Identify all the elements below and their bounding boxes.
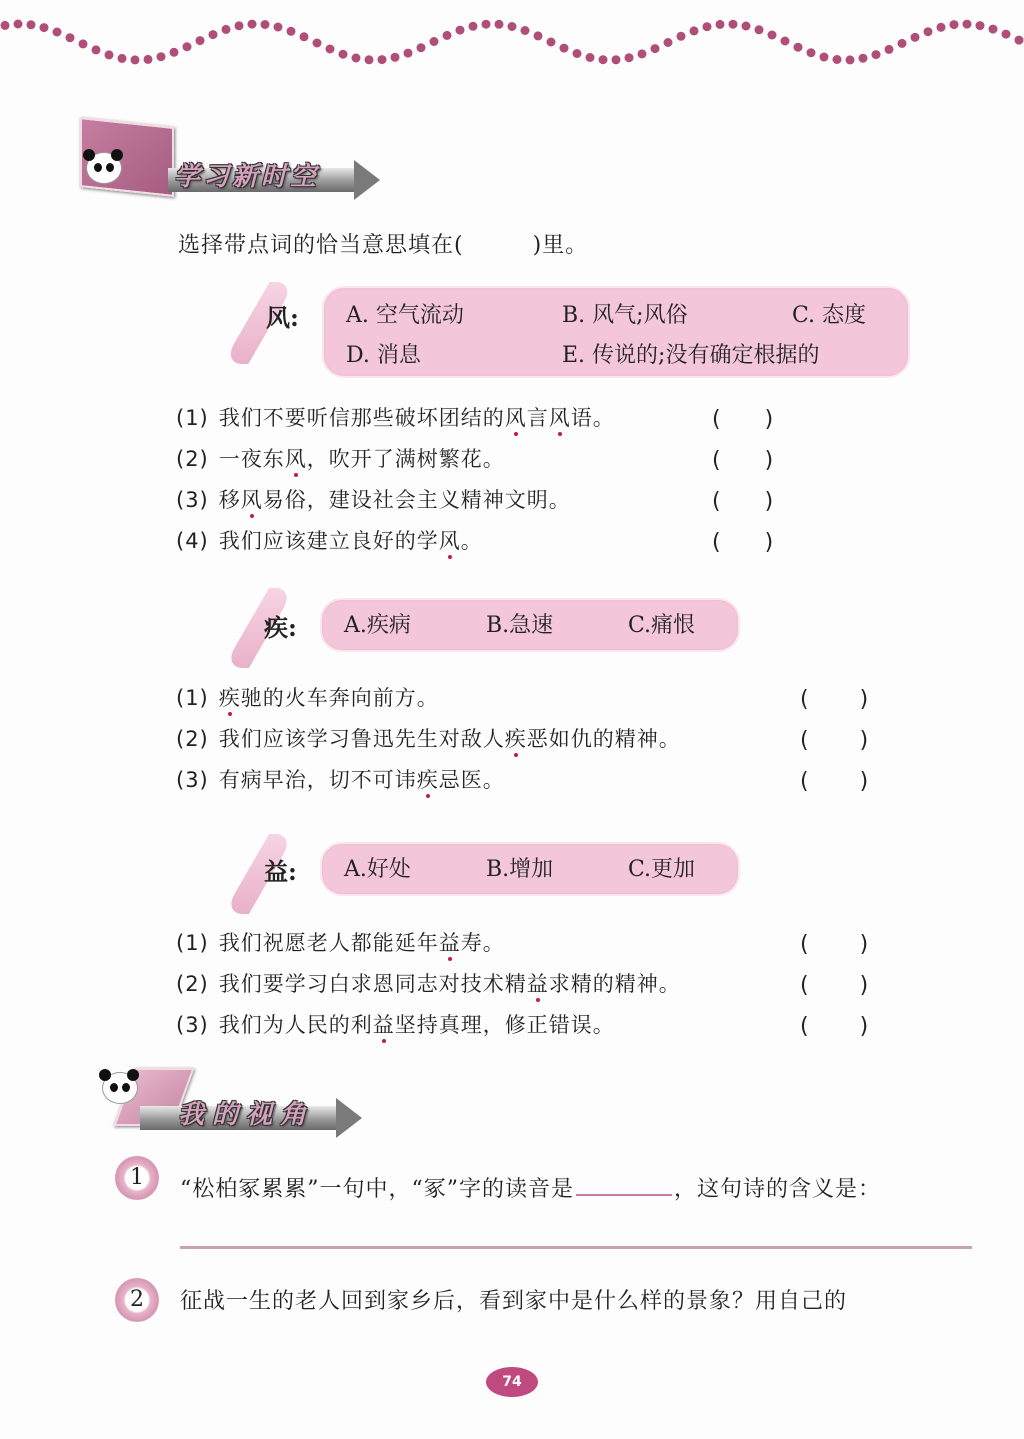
arrow-icon: [354, 160, 380, 200]
answer-parentheses[interactable]: ( ): [800, 1009, 868, 1040]
option-b: B.急速: [486, 608, 553, 639]
option-c: C.痛恨: [628, 608, 695, 639]
section-title-learning: 学习新时空: [174, 156, 319, 193]
answer-parentheses[interactable]: ( ): [800, 723, 868, 754]
option-group-yi: 益: A.好处 B.增加 C.更加: [226, 834, 746, 924]
option-a: A. 空气流动: [346, 298, 464, 329]
wave-dots-border: [0, 0, 1024, 80]
question-row: (1)疾驰的火车奔向前方。: [176, 682, 439, 712]
option-c: C. 态度: [792, 298, 866, 329]
answer-parentheses[interactable]: ( ): [712, 484, 773, 515]
answer-parentheses[interactable]: ( ): [800, 968, 868, 999]
option-a: A.好处: [344, 852, 411, 883]
option-e: E. 传说的;没有确定根据的: [562, 338, 819, 369]
panda-icon: [102, 1072, 138, 1104]
question-row: (4)我们应该建立良好的学风。: [176, 525, 483, 555]
question-row: (2)我们要学习白求恩同志对技术精益求精的精神。: [176, 968, 681, 998]
instruction-text: 选择带点词的恰当意思填在( )里。: [178, 228, 588, 259]
answer-parentheses[interactable]: ( ): [800, 764, 868, 795]
option-key: 风:: [266, 298, 299, 333]
answer-line[interactable]: [180, 1246, 972, 1249]
item-number-badge: 2: [115, 1278, 159, 1322]
fill-blank[interactable]: [576, 1176, 672, 1196]
prompt-text: “松柏冢累累”一句中，“冢”字的读音是，这句诗的含义是：: [180, 1172, 881, 1203]
section-title-perspective: 我的视角: [178, 1094, 314, 1131]
option-b: B.增加: [486, 852, 553, 883]
prompt-text: 征战一生的老人回到家乡后，看到家中是什么样的景象？用自己的: [180, 1284, 847, 1315]
answer-parentheses[interactable]: ( ): [712, 525, 773, 556]
answer-parentheses[interactable]: ( ): [800, 927, 868, 958]
arrow-icon: [336, 1098, 362, 1138]
question-row: (3)我们为人民的利益坚持真理，修正错误。: [176, 1009, 615, 1039]
question-row: (3)有病早治，切不可讳疾忌医。: [176, 764, 505, 794]
option-d: D. 消息: [346, 338, 421, 369]
section-banner-perspective: 我的视角: [80, 1060, 370, 1140]
option-key: 疾:: [264, 608, 297, 643]
option-b: B. 风气;风俗: [562, 298, 688, 329]
panda-icon: [86, 152, 122, 184]
answer-parentheses[interactable]: ( ): [712, 443, 773, 474]
item-number-badge: 1: [115, 1156, 159, 1200]
question-row: (2)一夜东风，吹开了满树繁花。: [176, 443, 505, 473]
question-row: (1)我们祝愿老人都能延年益寿。: [176, 927, 505, 957]
option-a: A.疾病: [344, 608, 411, 639]
option-c: C.更加: [628, 852, 695, 883]
option-group-feng: 风: A. 空气流动 B. 风气;风俗 C. 态度 D. 消息 E. 传说的;没…: [226, 282, 916, 382]
section-banner-learning: 学习新时空: [72, 118, 382, 198]
question-row: (3)移风易俗，建设社会主义精神文明。: [176, 484, 571, 514]
answer-parentheses[interactable]: ( ): [800, 682, 868, 713]
question-row: (1)我们不要听信那些破坏团结的风言风语。: [176, 402, 615, 432]
question-row: (2)我们应该学习鲁迅先生对敌人疾恶如仇的精神。: [176, 723, 681, 753]
option-group-ji: 疾: A.疾病 B.急速 C.痛恨: [226, 588, 746, 678]
answer-parentheses[interactable]: ( ): [712, 402, 773, 433]
page-number: 74: [486, 1367, 538, 1397]
option-key: 益:: [264, 852, 297, 887]
